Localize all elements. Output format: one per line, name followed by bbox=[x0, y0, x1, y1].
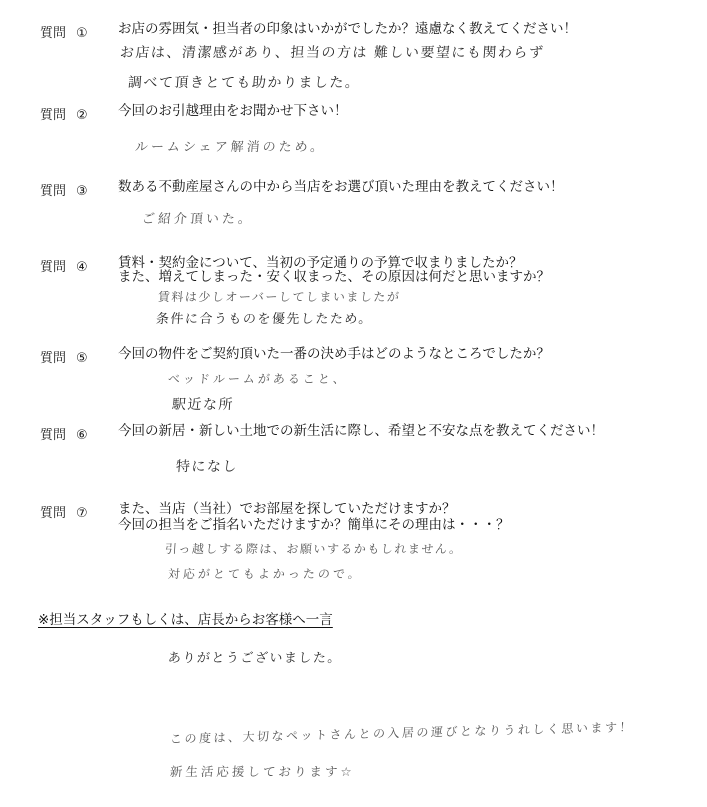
question-text: 今回のお引越理由をお聞かせ下さい！ bbox=[118, 102, 348, 121]
question-label: 質問⑦ bbox=[40, 502, 88, 521]
question-text: 今回の物件をご契約頂いた一番の決め手はどのようなところでしたか？ bbox=[118, 345, 550, 364]
question-label-text: 質問 bbox=[40, 184, 66, 199]
handwritten-answer-line: ご紹介頂いた。 bbox=[141, 208, 254, 227]
question-text: お店の雰囲気・担当者の印象はいかがでしたか？遠慮なく教えてください！ bbox=[118, 20, 577, 39]
closing-message-line: この度は、大切なペットさんとの入居の運びとなりうれしく思います！ bbox=[170, 718, 635, 747]
question-text-line-2: また、増えてしまった・安く収まった、その原因は何だと思いますか？ bbox=[118, 268, 550, 287]
question-number: ④ bbox=[76, 260, 88, 275]
handwritten-answer-line: 引っ越しする際は、お願いするかもしれません。 bbox=[164, 540, 463, 557]
question-label: 質問① bbox=[40, 22, 88, 41]
question-text: 数ある不動産屋さんの中から当店をお選び頂いた理由を教えてください！ bbox=[118, 178, 564, 197]
question-label-text: 質問 bbox=[40, 108, 66, 123]
question-text: 今回の新居・新しい土地での新生活に際し、希望と不安な点を教えてください！ bbox=[118, 422, 604, 441]
question-label: 質問④ bbox=[40, 256, 88, 275]
question-number: ③ bbox=[76, 184, 88, 199]
question-number: ② bbox=[76, 108, 88, 123]
question-label-text: 質問 bbox=[40, 26, 66, 41]
handwritten-answer-line: 賃料は少しオーバーしてしまいましたが bbox=[157, 288, 401, 305]
question-label-text: 質問 bbox=[40, 351, 66, 366]
question-label-text: 質問 bbox=[40, 260, 66, 275]
question-label: 質問② bbox=[40, 104, 88, 123]
closing-message-line: 新生活応援しております☆ bbox=[169, 762, 355, 780]
question-number: ⑤ bbox=[76, 351, 88, 366]
question-label: 質問⑤ bbox=[40, 347, 88, 366]
question-number: ⑦ bbox=[76, 506, 88, 521]
question-label: 質問⑥ bbox=[40, 424, 88, 443]
handwritten-answer-line: 条件に合うものを優先したため。 bbox=[155, 308, 373, 327]
question-number: ① bbox=[76, 26, 88, 41]
handwritten-answer-line: 駅近な所 bbox=[171, 394, 234, 414]
handwritten-answer-line: 調べて頂きとても助かりました。 bbox=[127, 72, 361, 92]
question-number: ⑥ bbox=[76, 428, 88, 443]
handwritten-answer-line: ベッドルームがあること、 bbox=[167, 370, 348, 387]
question-label: 質問③ bbox=[40, 180, 88, 199]
handwritten-answer-line: ルームシェア解消のため。 bbox=[134, 136, 327, 155]
staff-section-heading: ※担当スタッフもしくは、店長からお客様へ一言 bbox=[38, 608, 333, 628]
handwritten-answer-line: 対応がとてもよかったので。 bbox=[167, 565, 363, 582]
handwritten-answer-line: 特になし bbox=[175, 456, 238, 476]
question-label-text: 質問 bbox=[40, 428, 66, 443]
question-label-text: 質問 bbox=[40, 506, 66, 521]
staff-reply: ありがとうございました。 bbox=[167, 647, 342, 666]
handwritten-answer-line: お店は、清潔感があり、担当の方は 難しい要望にも関わらず bbox=[119, 42, 545, 62]
question-text-line-2: 今回の担当をご指名いただけますか？簡単にその理由は・・・？ bbox=[118, 516, 510, 535]
